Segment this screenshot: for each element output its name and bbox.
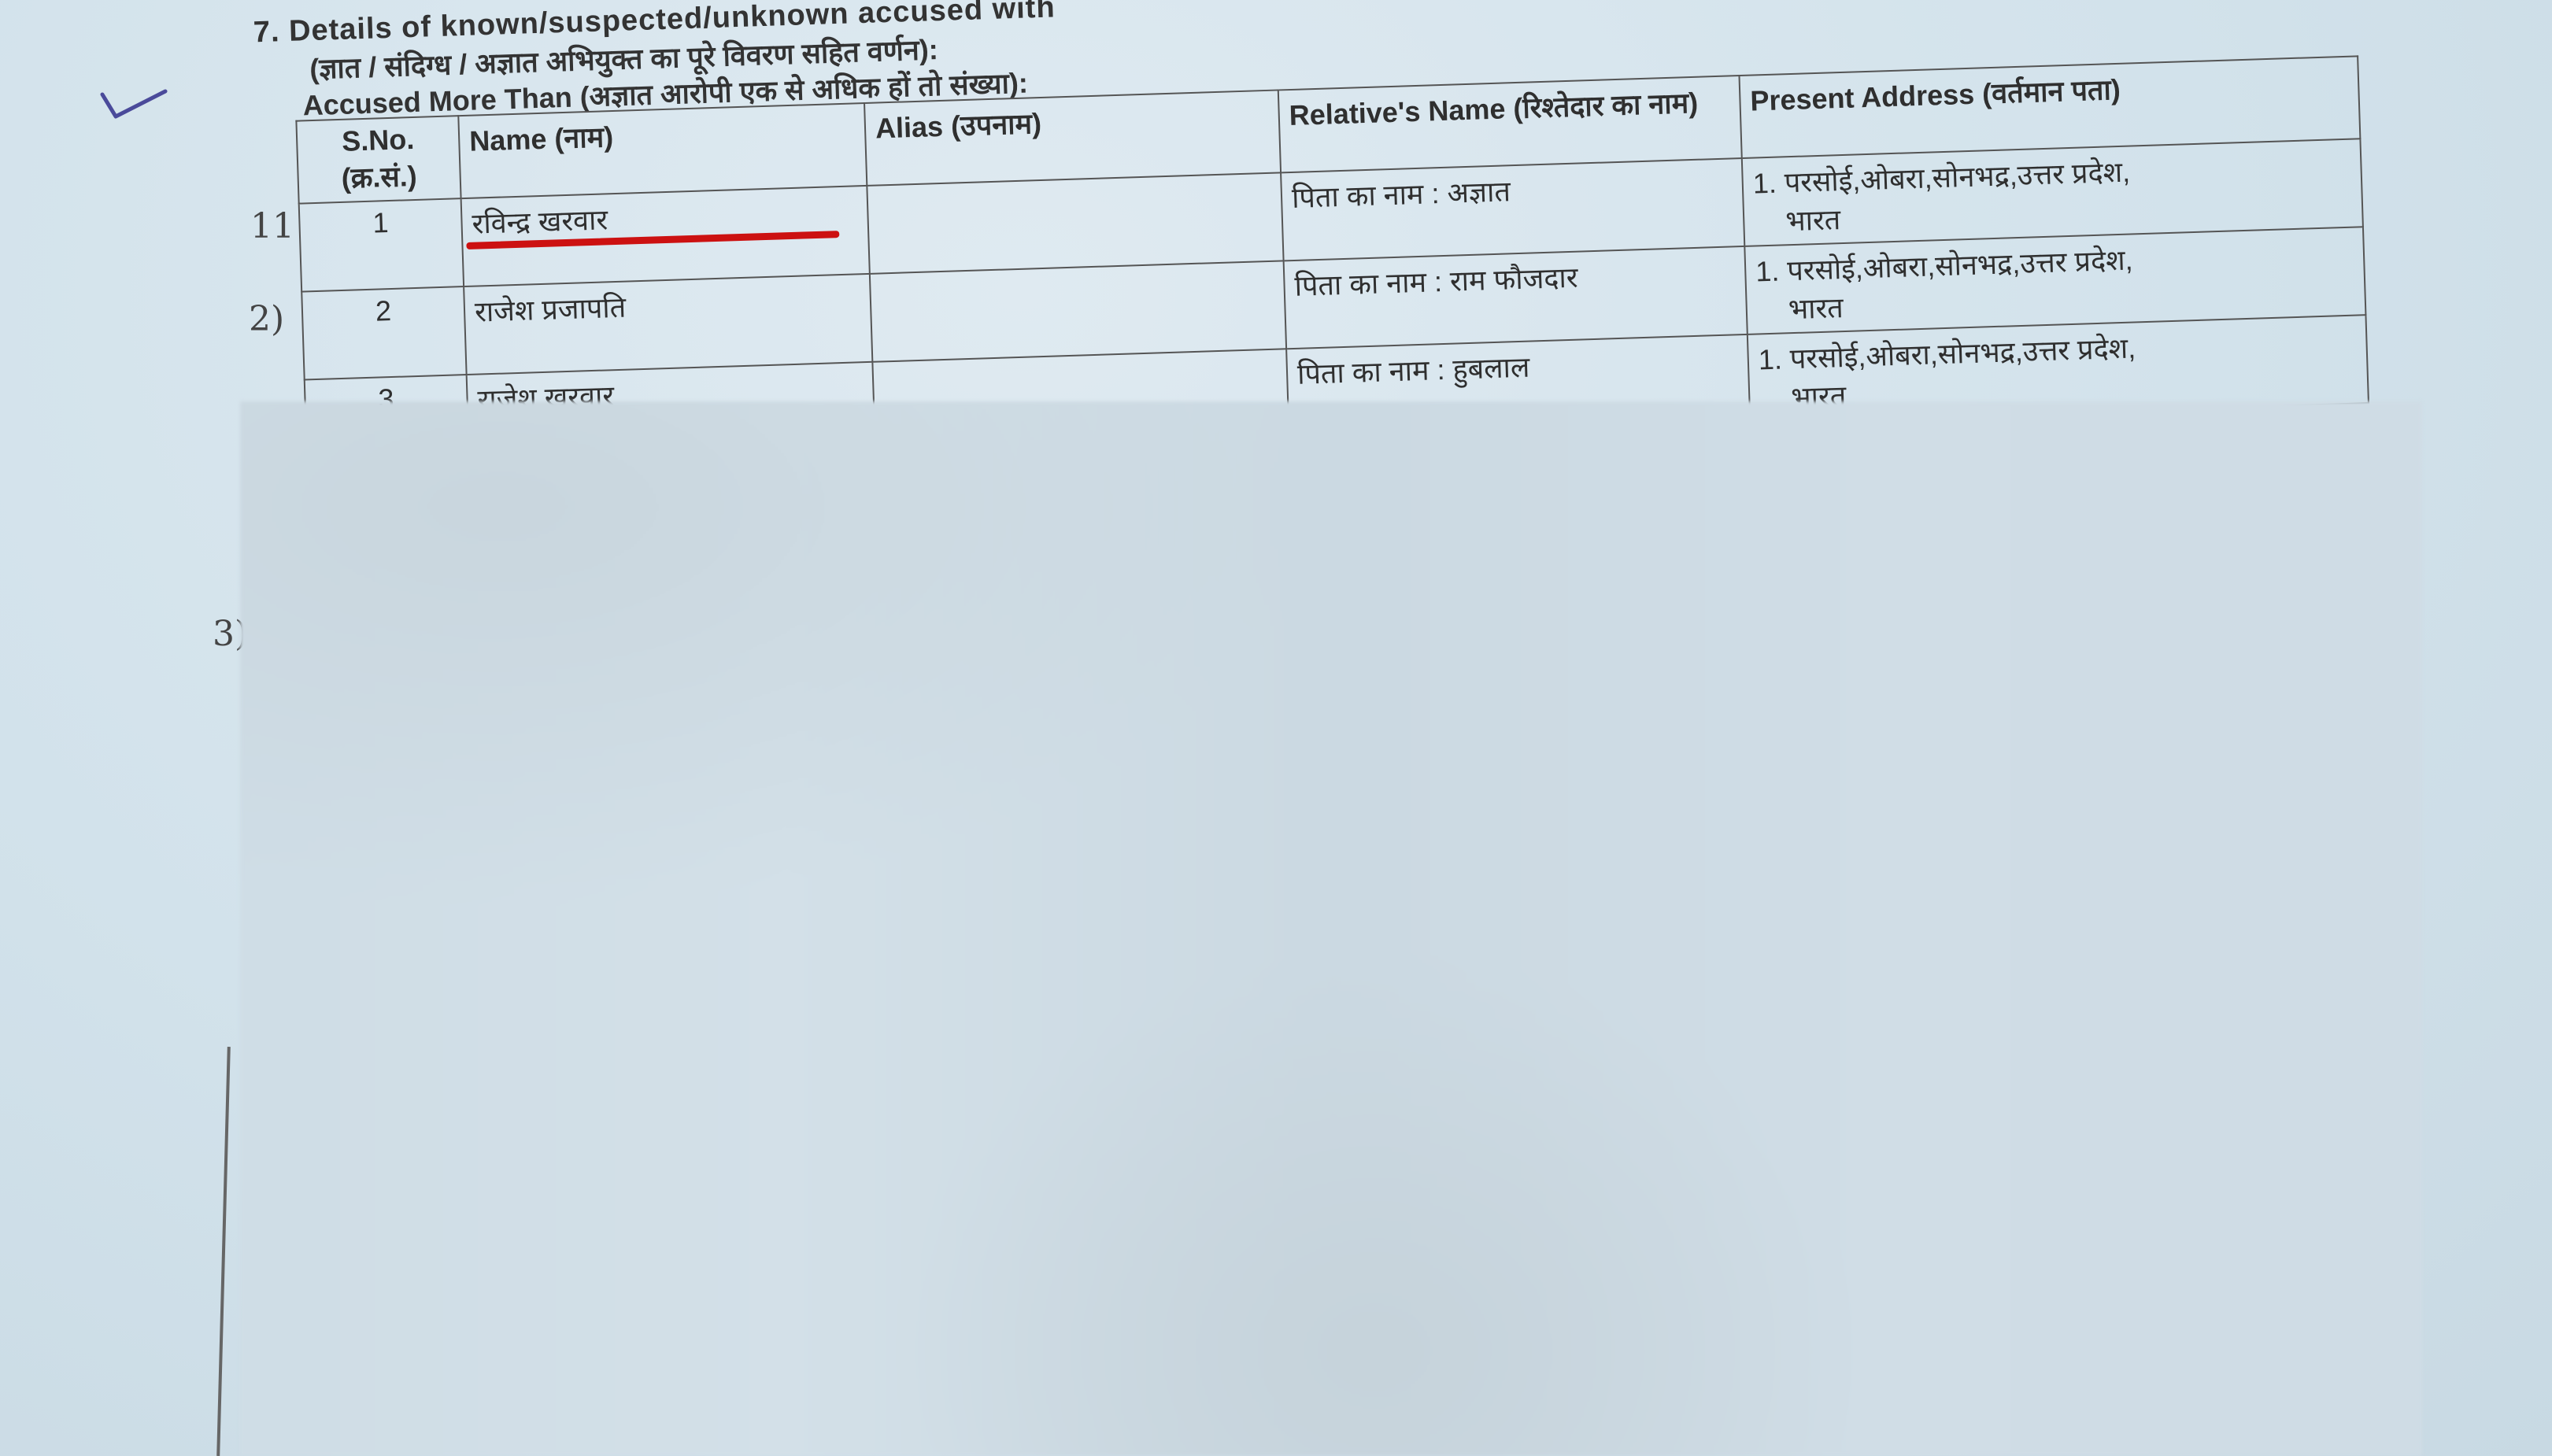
- blurred-redaction-panel: [240, 401, 2422, 1456]
- cell-alias: [870, 261, 1286, 361]
- document-page: 11 2) 3) 7. Details of known/suspected/u…: [0, 0, 2552, 1456]
- cell-sno: 1: [299, 198, 464, 291]
- cell-name: राजेश प्रजापति: [464, 274, 872, 375]
- column-header-alias: Alias (उपनाम): [864, 90, 1281, 185]
- column-header-sno: S.No.(क्र.सं.): [296, 116, 460, 203]
- column-header-relative: Relative's Name (रिश्तेदार का नाम): [1278, 76, 1742, 172]
- cell-sno: 2: [301, 286, 466, 379]
- cell-relative: पिता का नाम : राम फौजदार: [1284, 246, 1748, 349]
- cell-relative: पिता का नाम : अज्ञात: [1281, 158, 1744, 261]
- column-header-name: Name (नाम): [458, 103, 867, 198]
- table-border-edge: [216, 1047, 231, 1456]
- accused-details-section: 7. Details of known/suspected/unknown ac…: [0, 0, 2552, 419]
- cell-alias: [867, 172, 1283, 273]
